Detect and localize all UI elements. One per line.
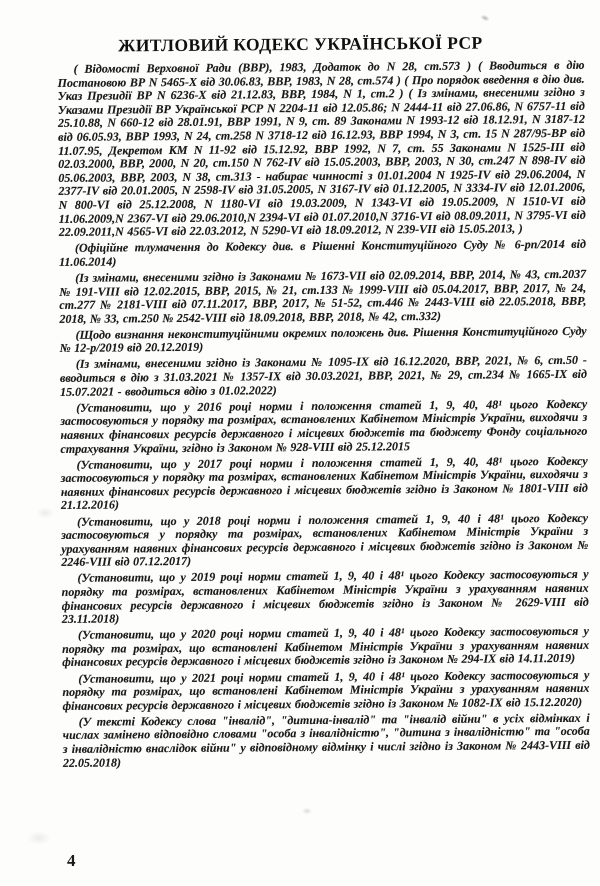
amendments-2020-2021-paragraph: (Із змінами, внесеними згідно із Законам…: [60, 354, 587, 399]
provision-2017-paragraph: (Установити, що у 2017 році норми і поло…: [61, 454, 588, 513]
official-interpretation-paragraph: (Офіційне тлумачення до Кодексу див. в Р…: [59, 238, 586, 269]
constitutional-court-2019-paragraph: (Щодо визнання неконституційними окремих…: [60, 325, 587, 356]
amendments-2014-2018-paragraph: (Із змінами, внесеними згідно із Законам…: [59, 268, 586, 327]
document-body: ( Відомості Верховної Ради (ВВР), 1983, …: [57, 59, 590, 773]
scanned-document-page: ЖИТЛОВИЙ КОДЕКС УКРАЇНСЬКОЇ РСР ( Відомо…: [0, 0, 600, 886]
provision-2019-paragraph: (Установити, що у 2019 році норми статей…: [61, 568, 588, 627]
terminology-change-paragraph: (У тексті Кодексу слова "інвалід", "дити…: [63, 712, 590, 771]
provision-2021-paragraph: (Установити, що у 2021 році норми статей…: [62, 668, 589, 713]
page-content: ЖИТЛОВИЙ КОДЕКС УКРАЇНСЬКОЇ РСР ( Відомо…: [0, 0, 600, 886]
provision-2020-paragraph: (Установити, що у 2020 році норми статей…: [62, 625, 589, 670]
document-title: ЖИТЛОВИЙ КОДЕКС УКРАЇНСЬКОЇ РСР: [0, 32, 600, 58]
provision-2018-paragraph: (Установити, що у 2018 році норми і поло…: [61, 511, 588, 570]
provision-2016-paragraph: (Установити, що у 2016 році норми і поло…: [60, 398, 587, 457]
intro-amendments-paragraph: ( Відомості Верховної Ради (ВВР), 1983, …: [57, 59, 585, 240]
page-number: 4: [67, 851, 76, 871]
